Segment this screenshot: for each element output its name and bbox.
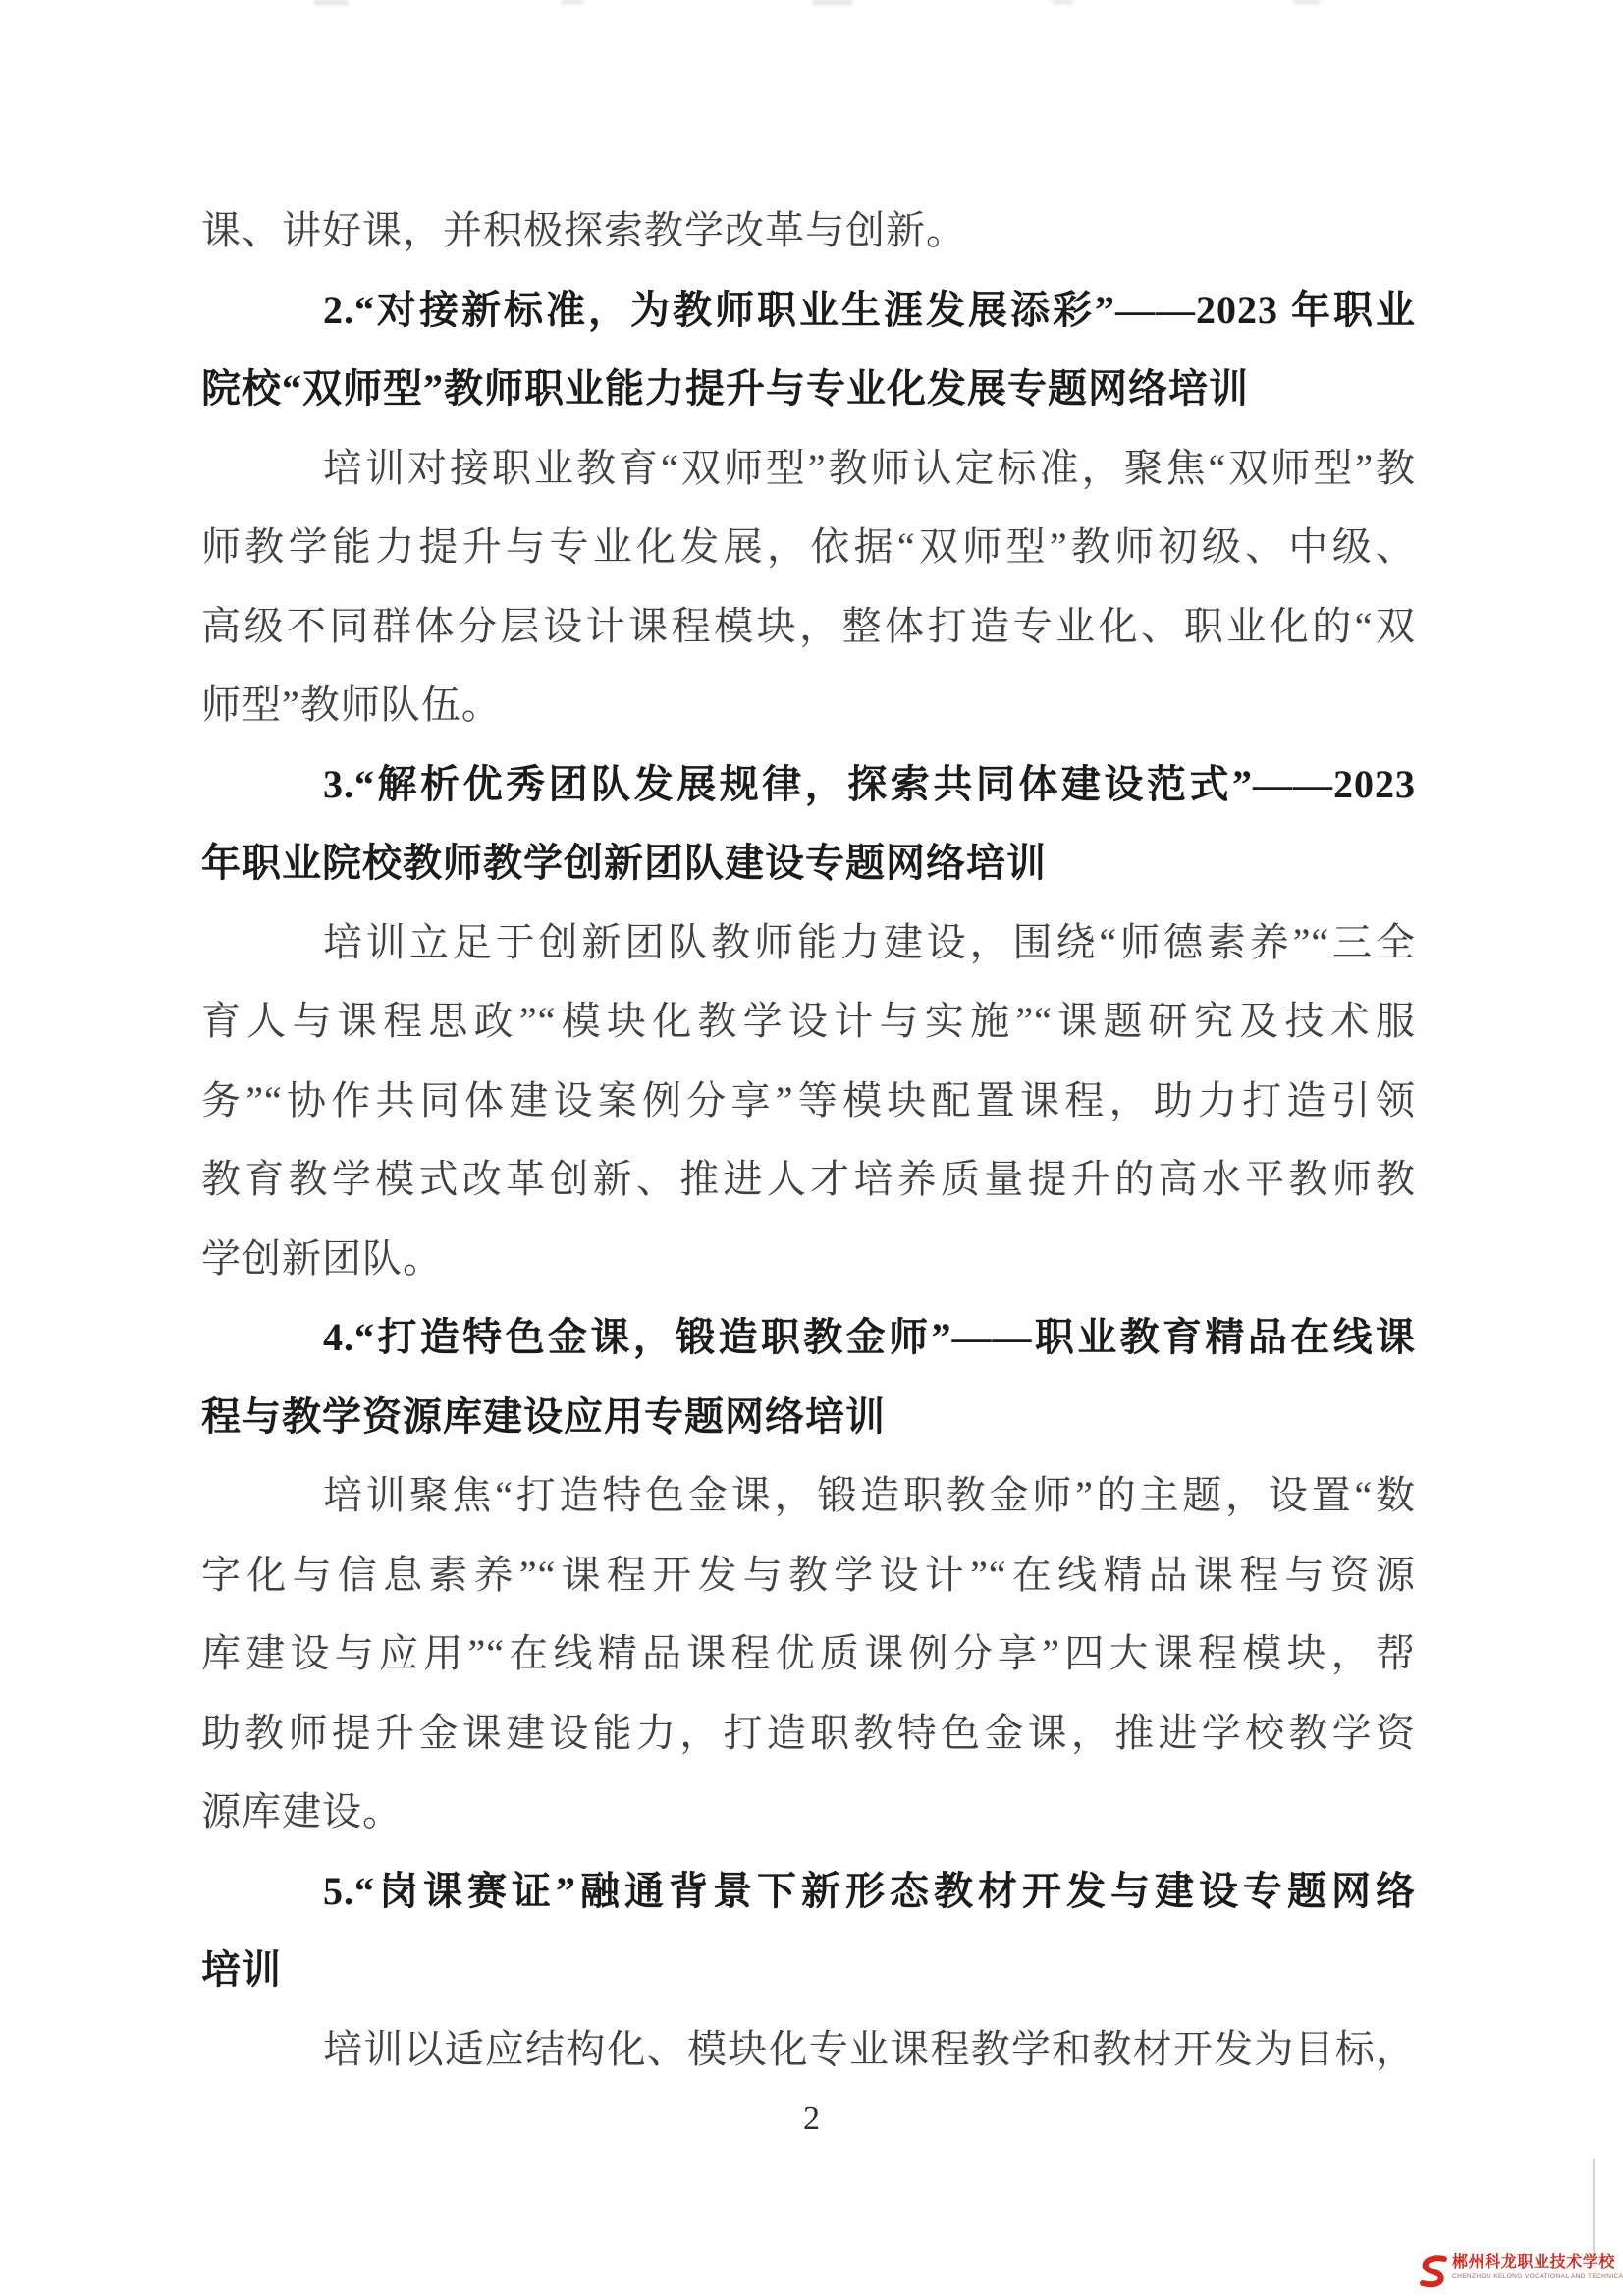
document-page: 课、讲好课，并积极探索教学改革与创新。2.“对接新标准，为教师职业生涯发展添彩”… xyxy=(0,0,1623,2296)
body-text-line: 务”“协作共同体建设案例分享”等模块配置课程，助力打造引领 xyxy=(201,1062,1416,1141)
heading-line: 院校“双师型”教师职业能力提升与专业化发展专题网络培训 xyxy=(201,350,1416,429)
body-text-line: 师教学能力提升与专业化发展，依据“双师型”教师初级、中级、 xyxy=(201,508,1416,587)
body-text-line: 培训对接职业教育“双师型”教师认定标准，聚焦“双师型”教 xyxy=(201,429,1416,509)
scan-artifact xyxy=(1053,0,1072,4)
page-number: 2 xyxy=(0,2094,1623,2145)
body-text-line: 育人与课程思政”“模块化教学设计与实施”“课题研究及技术服 xyxy=(201,982,1416,1062)
heading-line: 培训 xyxy=(201,1931,1416,2010)
heading-line: 年职业院校教师教学创新团队建设专题网络培训 xyxy=(201,824,1416,903)
scan-vertical-line xyxy=(1593,2159,1595,2255)
scan-artifact xyxy=(813,0,852,5)
heading-line: 4.“打造特色金课，锻造职教金师”——职业教育精品在线课 xyxy=(201,1298,1416,1378)
body-text-line: 教育教学模式改革创新、推进人才培养质量提升的高水平教师教 xyxy=(201,1140,1416,1220)
heading-line: 程与教学资源库建设应用专题网络培训 xyxy=(201,1378,1416,1457)
red-swoosh-icon xyxy=(1418,2255,1447,2288)
heading-line: 2.“对接新标准，为教师职业生涯发展添彩”——2023 年职业 xyxy=(201,271,1416,351)
body-text-line: 高级不同群体分层设计课程模块，整体打造专业化、职业化的“双 xyxy=(201,587,1416,667)
body-text-line: 源库建设。 xyxy=(201,1773,1416,1852)
logo-school-name-en: CHENZHOU KELONG VOCATIONAL AND TECHNICAL… xyxy=(1452,2272,1623,2281)
heading-line: 3.“解析优秀团队发展规律，探索共同体建设范式”——2023 xyxy=(201,745,1416,825)
body-text-line: 师型”教师队伍。 xyxy=(201,666,1416,745)
document-text: 课、讲好课，并积极探索教学改革与创新。2.“对接新标准，为教师职业生涯发展添彩”… xyxy=(201,191,1416,2089)
body-text-line: 课、讲好课，并积极探索教学改革与创新。 xyxy=(201,191,1416,271)
body-text-line: 助教师提升金课建设能力，打造职教特色金课，推进学校教学资 xyxy=(201,1694,1416,1774)
scan-artifact xyxy=(1294,0,1320,4)
body-text-line: 字化与信息素养”“课程开发与教学设计”“在线精品课程与资源 xyxy=(201,1536,1416,1615)
body-text-line: 培训聚焦“打造特色金课，锻造职教金师”的主题，设置“数 xyxy=(201,1456,1416,1536)
body-text-line: 库建设与应用”“在线精品课程优质课例分享”四大课程模块，帮 xyxy=(201,1614,1416,1694)
body-text-line: 培训立足于创新团队教师能力建设，围绕“师德素养”“三全 xyxy=(201,903,1416,983)
heading-line: 5.“岗课赛证”融通背景下新形态教材开发与建设专题网络 xyxy=(201,1852,1416,1932)
school-logo: 郴州科龙职业技术学校 CHENZHOU KELONG VOCATIONAL AN… xyxy=(1418,2253,1623,2288)
body-text-line: 学创新团队。 xyxy=(201,1220,1416,1299)
scan-artifact xyxy=(314,0,348,5)
body-text-line: 培训以适应结构化、模块化专业课程教学和教材开发为目标， xyxy=(201,2010,1416,2090)
scan-artifact xyxy=(562,0,583,4)
logo-school-name: 郴州科龙职业技术学校 xyxy=(1452,2253,1623,2272)
